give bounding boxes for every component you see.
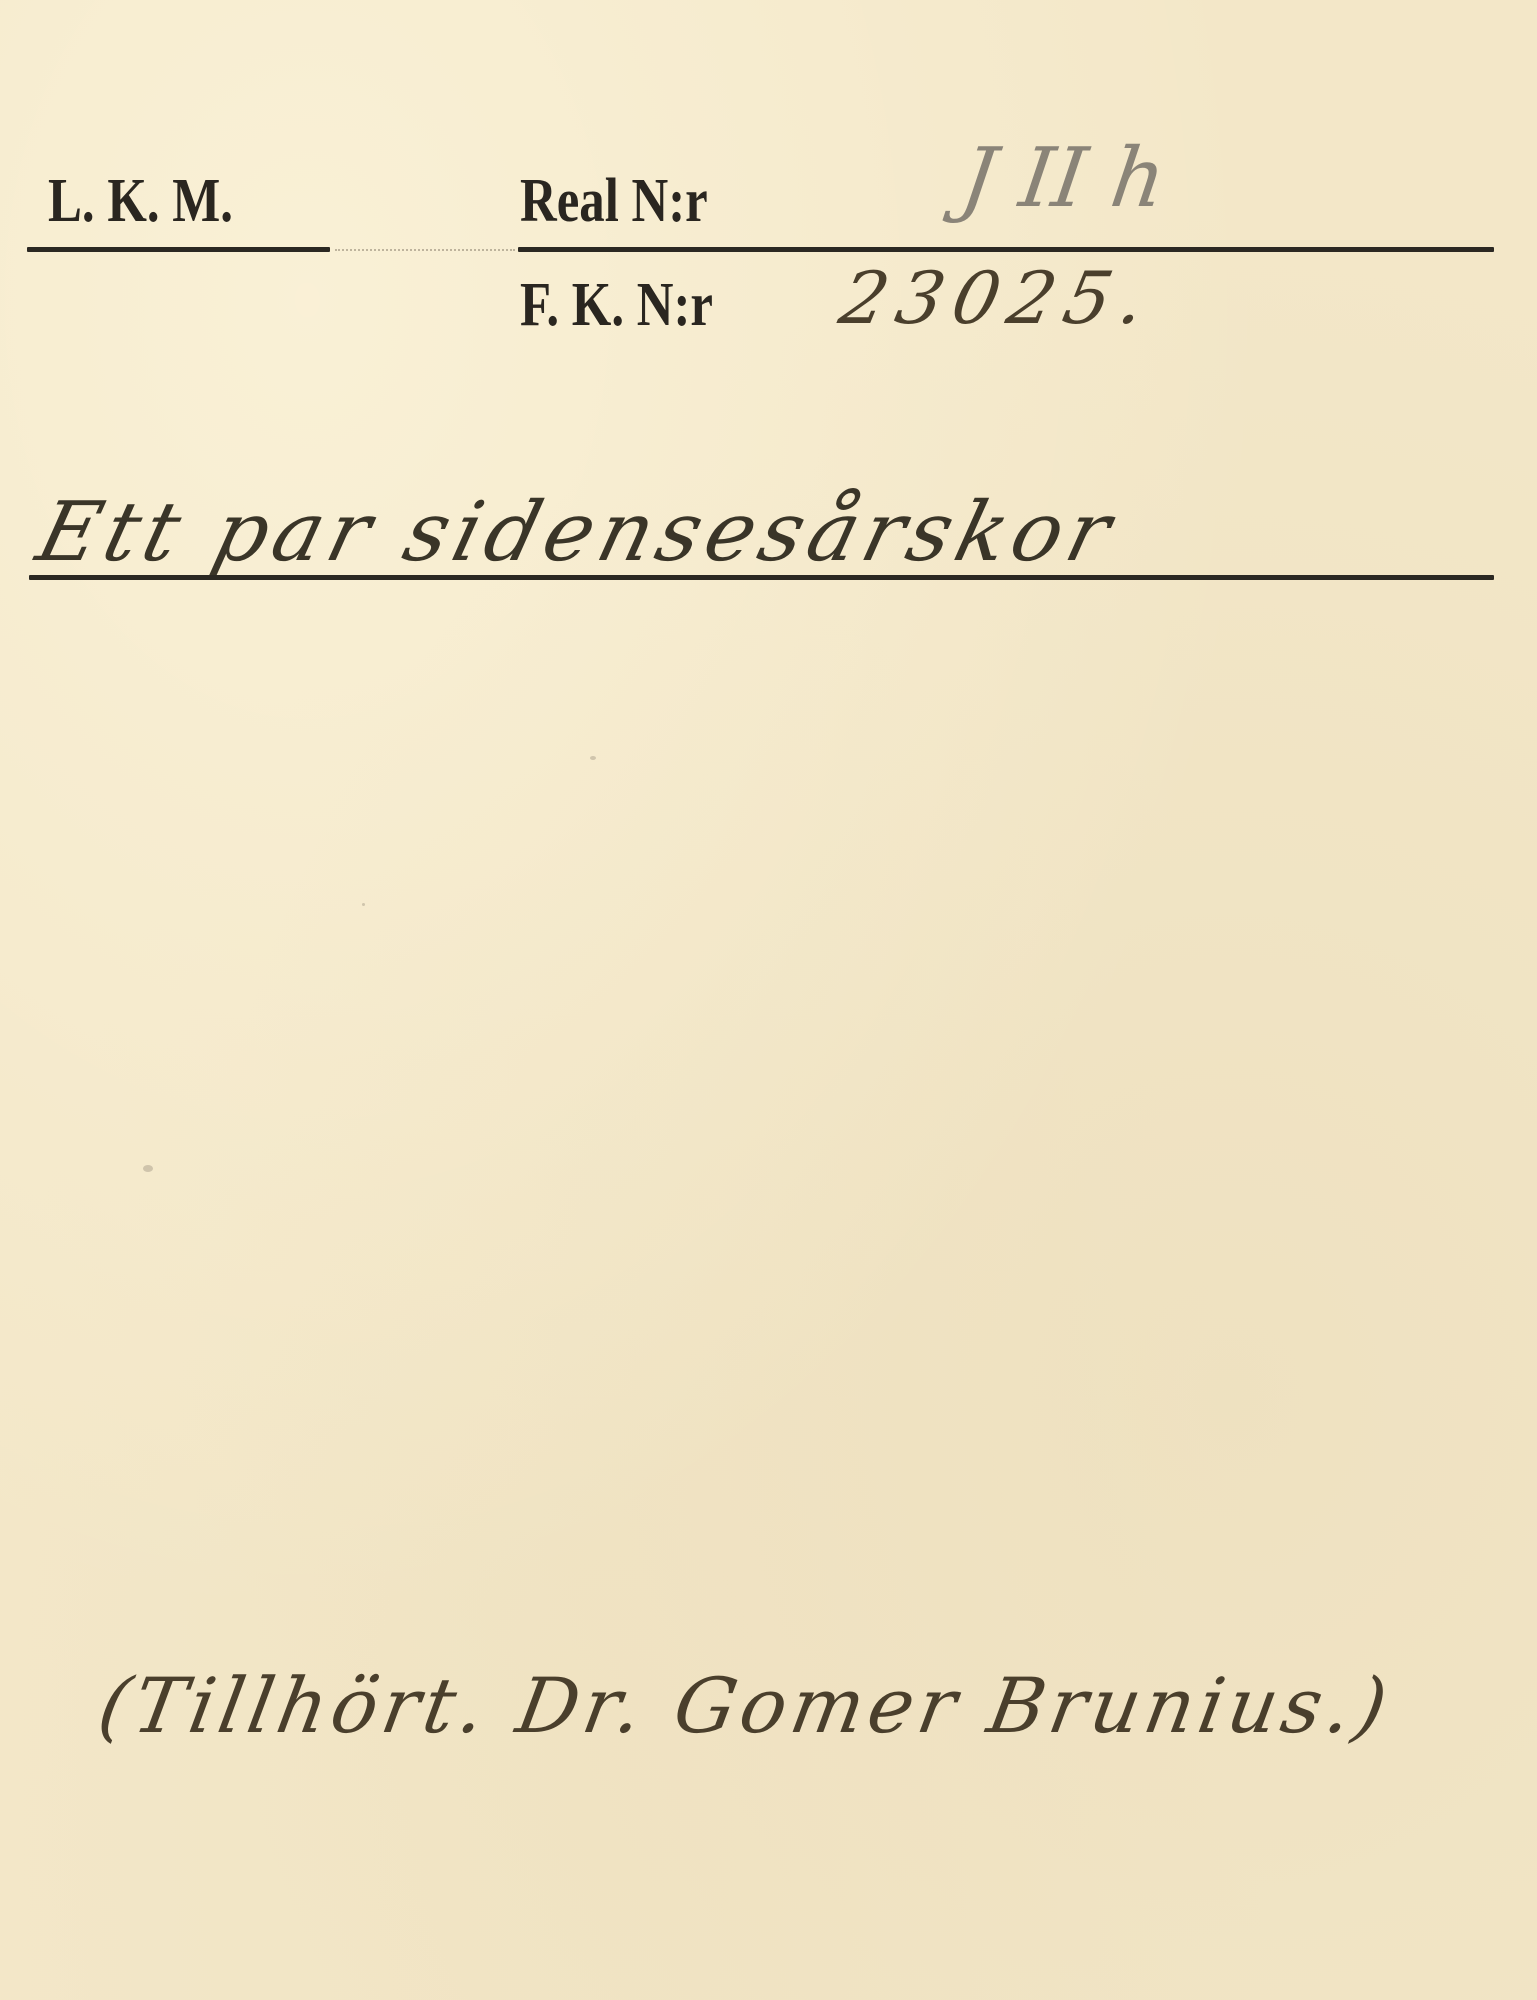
institution-label: L. K. M. [48,170,233,232]
dotted-guide-line [335,249,515,251]
object-title: Ett par sidensesårskor [30,492,1124,574]
fk-number-value: 23025. [834,262,1161,334]
catalog-card: L. K. M. Real N:r J II h F. K. N:r 23025… [0,0,1537,2000]
paper-speck [590,756,596,760]
title-underline [29,575,1494,580]
header-divider-line [518,247,1494,252]
real-number-label: Real N:r [520,170,708,232]
paper-speck [143,1165,153,1172]
provenance-note: (Tillhört. Dr. Gomer Brunius.) [93,1668,1397,1744]
fk-number-label: F. K. N:r [520,274,713,336]
paper-speck [362,903,365,906]
real-number-value: J II h [956,138,1170,220]
institution-underline [27,247,330,252]
